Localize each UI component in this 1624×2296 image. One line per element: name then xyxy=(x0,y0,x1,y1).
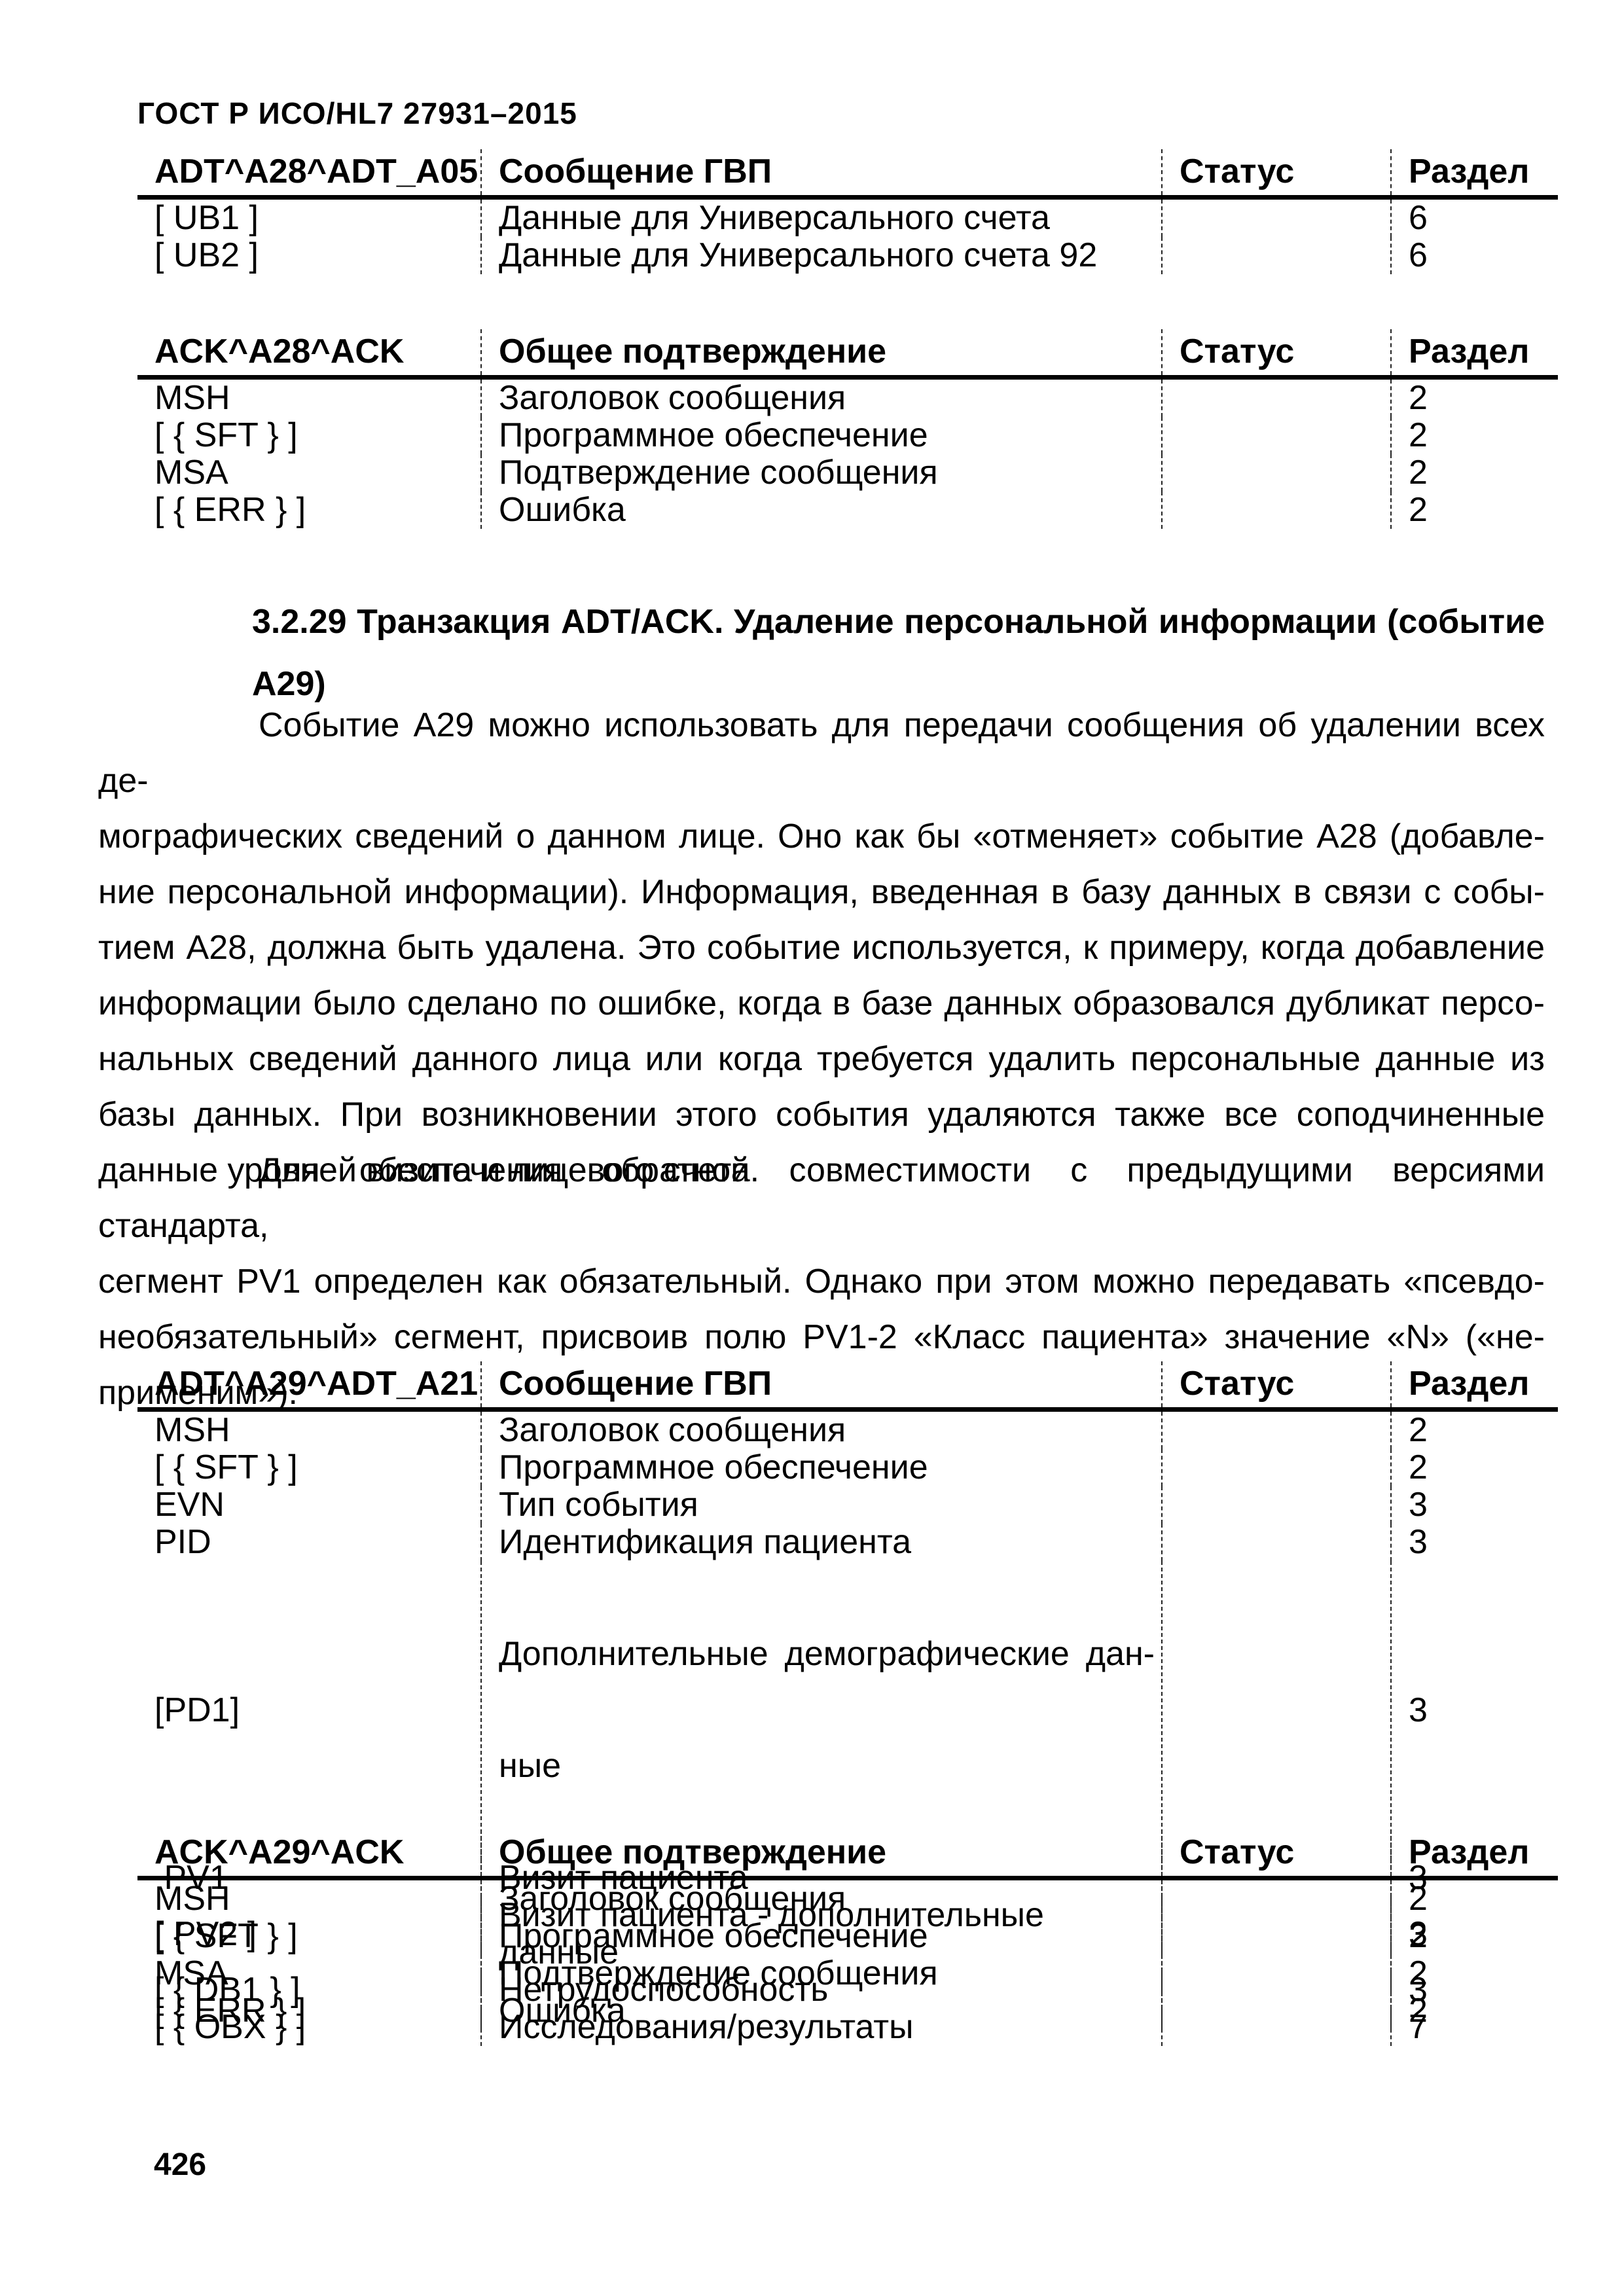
document-page: ГОСТ Р ИСО/HL7 27931–2015 ADT^A28^ADT_A0… xyxy=(0,0,1624,2296)
cell-segment: MSA xyxy=(137,454,481,492)
cell-status xyxy=(1162,454,1391,492)
cell-section: 2 xyxy=(1391,1878,1558,1918)
cell-description: Ошибка xyxy=(481,1992,1162,2030)
col-header-status: Статус xyxy=(1162,1361,1391,1410)
cell-status xyxy=(1162,1486,1391,1524)
table-row: EVN Тип события 3 xyxy=(137,1486,1558,1524)
table-row: MSH Заголовок сообщения 2 xyxy=(137,1410,1558,1450)
table-row: [ UB1 ] Данные для Универсального счета … xyxy=(137,198,1558,238)
cell-section: 2 xyxy=(1391,1955,1558,1992)
cell-status xyxy=(1162,1561,1391,1859)
table-adt-a28: ADT^A28^ADT_A05 Сообщение ГВП Статус Раз… xyxy=(137,149,1558,274)
table-row: [ { SFT } ] Программное обеспечение 2 xyxy=(137,417,1558,454)
col-header-status: Статус xyxy=(1162,329,1391,378)
cell-section: 2 xyxy=(1391,1449,1558,1486)
col-header-status: Статус xyxy=(1162,1830,1391,1878)
cell-description: Заголовок сообщения xyxy=(481,1410,1162,1450)
col-header-description: Общее подтверждение xyxy=(481,329,1162,378)
cell-status xyxy=(1162,492,1391,529)
table-header-row: ADT^A28^ADT_A05 Сообщение ГВП Статус Раз… xyxy=(137,149,1558,198)
col-header-message-type: ACK^A28^ACK xyxy=(137,329,481,378)
cell-description: Ошибка xyxy=(481,492,1162,529)
page-number: 426 xyxy=(154,2147,206,2183)
table-ack-a29: ACK^A29^ACK Общее подтверждение Статус Р… xyxy=(137,1830,1558,2030)
cell-segment: MSH xyxy=(137,1878,481,1918)
cell-segment: [ UB1 ] xyxy=(137,198,481,238)
table-header-row: ACK^A28^ACK Общее подтверждение Статус Р… xyxy=(137,329,1558,378)
cell-segment: MSH xyxy=(137,378,481,418)
cell-segment: [PD1] xyxy=(137,1561,481,1859)
table-row: [ { ERR } ] Ошибка 2 xyxy=(137,1992,1558,2030)
cell-status xyxy=(1162,1878,1391,1918)
cell-section: 3 xyxy=(1391,1486,1558,1524)
paragraph-line: информации было сделано по ошибке, когда… xyxy=(98,976,1545,1031)
paragraph-line: сегмент PV1 определен как обязательный. … xyxy=(98,1254,1545,1310)
cell-section: 6 xyxy=(1391,198,1558,238)
paragraph-line: ние персональной информации). Информация… xyxy=(98,865,1545,920)
col-header-status: Статус xyxy=(1162,149,1391,198)
table-row: MSA Подтверждение сообщения 2 xyxy=(137,1955,1558,1992)
cell-segment: PID xyxy=(137,1524,481,1561)
paragraph-line: необязательный» сегмент, присвоив полю P… xyxy=(98,1310,1545,1365)
col-header-section: Раздел xyxy=(1391,329,1558,378)
cell-segment: [ UB2 ] xyxy=(137,237,481,274)
cell-section: 3 xyxy=(1391,1524,1558,1561)
col-header-section: Раздел xyxy=(1391,1361,1558,1410)
table-row: PID Идентификация пациента 3 xyxy=(137,1524,1558,1561)
paragraph-line: базы данных. При возникновении этого соб… xyxy=(98,1087,1545,1143)
cell-status xyxy=(1162,417,1391,454)
cell-section: 2 xyxy=(1391,1918,1558,1955)
cell-status xyxy=(1162,1524,1391,1561)
cell-description: Программное обеспечение xyxy=(481,417,1162,454)
cell-status xyxy=(1162,1410,1391,1450)
table-row: MSH Заголовок сообщения 2 xyxy=(137,1878,1558,1918)
paragraph-line: Для обеспечения обратной совместимости с… xyxy=(98,1143,1545,1254)
table-header-row: ADT^A29^ADT_A21 Сообщение ГВП Статус Раз… xyxy=(137,1361,1558,1410)
cell-status xyxy=(1162,237,1391,274)
table-row: [ { ERR } ] Ошибка 2 xyxy=(137,492,1558,529)
col-header-message-type: ADT^A28^ADT_A05 xyxy=(137,149,481,198)
table-header-row: ACK^A29^ACK Общее подтверждение Статус Р… xyxy=(137,1830,1558,1878)
table-row: MSA Подтверждение сообщения 2 xyxy=(137,454,1558,492)
cell-segment: EVN xyxy=(137,1486,481,1524)
cell-description: Подтверждение сообщения xyxy=(481,454,1162,492)
paragraph-line: мографических сведений о данном лице. Он… xyxy=(98,809,1545,865)
paragraph-line: тием А28, должна быть удалена. Это событ… xyxy=(98,920,1545,976)
cell-segment: [ { SFT } ] xyxy=(137,1918,481,1955)
cell-status xyxy=(1162,1449,1391,1486)
cell-section: 2 xyxy=(1391,492,1558,529)
cell-description: Программное обеспечение xyxy=(481,1449,1162,1486)
cell-segment: [ { SFT } ] xyxy=(137,417,481,454)
paragraph: Событие А29 можно использовать для перед… xyxy=(98,698,1545,1198)
cell-section: 2 xyxy=(1391,378,1558,418)
cell-status xyxy=(1162,1918,1391,1955)
cell-description-line: Дополнительные демографические дан- xyxy=(499,1636,1155,1673)
section-heading-line: 3.2.29 Транзакция ADT/ACK. Удаление перс… xyxy=(252,591,1545,653)
cell-section: 2 xyxy=(1391,1410,1558,1450)
cell-segment: [ { SFT } ] xyxy=(137,1449,481,1486)
cell-section: 2 xyxy=(1391,454,1558,492)
col-header-description: Сообщение ГВП xyxy=(481,1361,1162,1410)
cell-status xyxy=(1162,1955,1391,1992)
table-row: [ { SFT } ] Программное обеспечение 2 xyxy=(137,1918,1558,1955)
cell-segment: MSA xyxy=(137,1955,481,1992)
cell-status xyxy=(1162,378,1391,418)
col-header-message-type: ACK^A29^ACK xyxy=(137,1830,481,1878)
cell-description: Дополнительные демографические дан- ные xyxy=(481,1561,1162,1859)
cell-description: Заголовок сообщения xyxy=(481,378,1162,418)
table-row: [ UB2 ] Данные для Универсального счета … xyxy=(137,237,1558,274)
table-row: MSH Заголовок сообщения 2 xyxy=(137,378,1558,418)
cell-status xyxy=(1162,1992,1391,2030)
col-header-section: Раздел xyxy=(1391,149,1558,198)
cell-segment: [ { ERR } ] xyxy=(137,1992,481,2030)
cell-segment: [ { ERR } ] xyxy=(137,492,481,529)
cell-description: Подтверждение сообщения xyxy=(481,1955,1162,1992)
cell-segment: MSH xyxy=(137,1410,481,1450)
cell-description: Тип события xyxy=(481,1486,1162,1524)
col-header-message-type: ADT^A29^ADT_A21 xyxy=(137,1361,481,1410)
cell-description: Программное обеспечение xyxy=(481,1918,1162,1955)
cell-description: Данные для Универсального счета xyxy=(481,198,1162,238)
col-header-description: Сообщение ГВП xyxy=(481,149,1162,198)
section-heading: 3.2.29 Транзакция ADT/ACK. Удаление перс… xyxy=(252,591,1545,715)
cell-section: 2 xyxy=(1391,417,1558,454)
cell-description: Идентификация пациента xyxy=(481,1524,1162,1561)
cell-section: 6 xyxy=(1391,237,1558,274)
table-ack-a28: ACK^A28^ACK Общее подтверждение Статус Р… xyxy=(137,329,1558,529)
cell-section: 2 xyxy=(1391,1992,1558,2030)
col-header-section: Раздел xyxy=(1391,1830,1558,1878)
cell-section: 3 xyxy=(1391,1561,1558,1859)
cell-description-line: ные xyxy=(499,1748,1155,1785)
col-header-description: Общее подтверждение xyxy=(481,1830,1162,1878)
table-row: [ { SFT } ] Программное обеспечение 2 xyxy=(137,1449,1558,1486)
cell-description: Данные для Универсального счета 92 xyxy=(481,237,1162,274)
cell-description: Заголовок сообщения xyxy=(481,1878,1162,1918)
paragraph-line: нальных сведений данного лица или когда … xyxy=(98,1031,1545,1087)
cell-status xyxy=(1162,198,1391,238)
page-header: ГОСТ Р ИСО/HL7 27931–2015 xyxy=(137,96,577,131)
paragraph-line: Событие А29 можно использовать для перед… xyxy=(98,698,1545,809)
table-row: [PD1] Дополнительные демографические дан… xyxy=(137,1561,1558,1859)
